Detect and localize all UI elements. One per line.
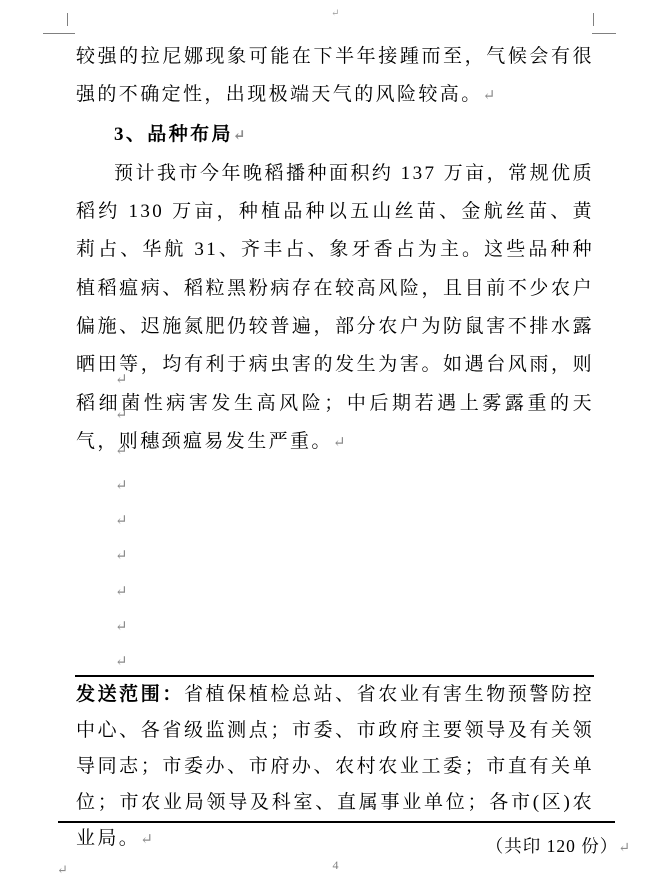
paragraph-mark-icon: ↵ [115,478,128,494]
empty-paragraph: ↵ [76,398,594,433]
section-heading-text: 3、品种布局 [114,124,233,145]
margin-crop-mark-top-left-horizontal [43,33,75,34]
empty-paragraph: ↵ [76,363,594,398]
paragraph-mark-icon: ↵ [115,443,128,459]
distribution-scope-text: 省植保植检总站、省农业有害生物预警防控中心、各省级监测点；市委、市政府主要领导及… [76,684,594,849]
paragraph-mark-icon: ↵ [140,831,153,848]
empty-paragraph: ↵ [76,434,594,469]
distribution-scope-paragraph: 发送范围：省植保植检总站、省农业有害生物预警防控中心、各省级监测点；市委、市政府… [76,677,594,858]
paragraph-mark-icon: ↵ [483,87,496,104]
paragraph-mark-icon: ↵ [233,127,246,144]
margin-crop-mark-top-right-horizontal [592,33,616,34]
paragraph-mark-icon: ↵ [115,513,128,529]
paragraph-mark-icon: ↵ [115,584,128,600]
footer-paragraph-mark-icon: ↵ [57,863,68,877]
distribution-scope-label: 发送范围： [76,684,184,705]
document-page: ↵ 较强的拉尼娜现象可能在下半年接踵而至，气候会有很强的不确定性，出现极端天气的… [0,0,671,877]
paragraph-mark-icon: ↵ [618,841,630,856]
paragraph-climate-risk-text: 较强的拉尼娜现象可能在下半年接踵而至，气候会有很强的不确定性，出现极端天气的风险… [76,46,594,105]
paragraph-climate-risk: 较强的拉尼娜现象可能在下半年接踵而至，气候会有很强的不确定性，出现极端天气的风险… [76,38,594,116]
empty-paragraph: ↵ [76,469,594,504]
paragraph-mark-icon: ↵ [115,407,128,423]
section-heading-variety-layout: 3、品种布局↵ [76,116,594,155]
empty-paragraph: ↵ [76,610,594,645]
paragraph-mark-icon: ↵ [115,619,128,635]
page-number: 4 [0,858,671,872]
paragraph-mark-icon: ↵ [115,548,128,564]
margin-crop-mark-top-right-vertical [593,13,594,26]
print-count: （共印 120 份）↵ [486,835,630,860]
paragraph-mark-icon: ↵ [115,372,128,388]
paragraph-mark-icon: ↵ [115,654,128,670]
margin-crop-mark-top-left-vertical [67,13,68,26]
header-paragraph-mark-icon: ↵ [331,9,339,19]
empty-paragraph: ↵ [76,539,594,574]
distribution-scope: 发送范围：省植保植检总站、省农业有害生物预警防控中心、各省级监测点；市委、市政府… [76,677,594,858]
print-count-text: （共印 120 份） [486,836,619,856]
empty-paragraph: ↵ [76,504,594,539]
empty-paragraphs: ↵ ↵ ↵ ↵ ↵ ↵ ↵ ↵ ↵ [76,363,594,681]
footer-bottom-divider [58,821,615,823]
empty-paragraph: ↵ [76,575,594,610]
